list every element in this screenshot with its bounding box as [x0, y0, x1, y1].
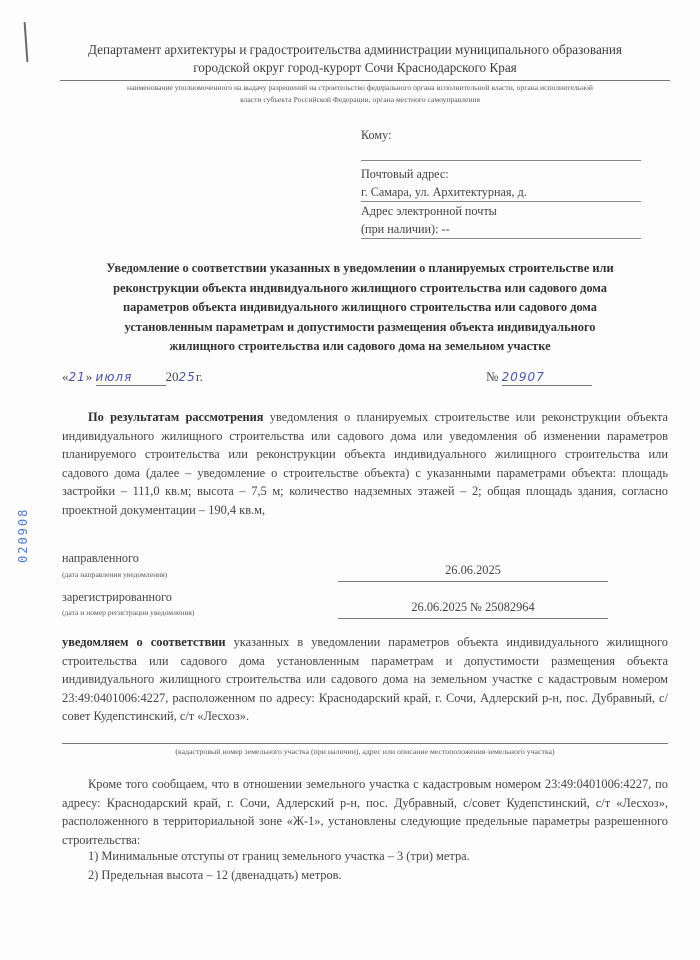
title-line-5: жилищного строительства или садового дом… — [55, 337, 665, 357]
department-caption: наименование уполномоченного на выдачу р… — [50, 82, 670, 106]
department-line-2: городской округ город-курорт Сочи Красно… — [40, 59, 670, 77]
paragraph1-bold-lead: По результатам рассмотрения — [88, 410, 263, 424]
limit-item-height: 2) Предельная высота – 12 (двенадцать) м… — [88, 868, 342, 883]
email-value: (при наличии): -- — [361, 220, 641, 238]
date-month: июля — [96, 370, 133, 384]
department-line-1: Департамент архитектуры и градостроитель… — [40, 41, 670, 59]
field-registered-hint: (дата и номер регистрации уведомления) — [62, 608, 194, 617]
date-year-unit: г. — [196, 369, 203, 384]
field-sent-hint: (дата направления уведомления) — [62, 570, 167, 579]
paragraph2-bold-lead: уведомляем о соответствии — [62, 635, 226, 649]
title-line-1: Уведомление о соответствии указанных в у… — [55, 259, 665, 279]
title-line-4: установленным параметрам и допустимости … — [55, 318, 665, 338]
number-field: 20907 — [502, 369, 592, 386]
paragraph-review-results: По результатам рассмотрения уведомления … — [62, 408, 668, 519]
document-number: № 20907 — [486, 369, 592, 386]
location-caption: (кадастровый номер земельного участка (п… — [62, 747, 668, 756]
document-date: «21» июля2025г. — [62, 369, 203, 386]
email-rule — [361, 238, 641, 239]
field-sent-label: направленного — [62, 551, 139, 566]
postal-label: Почтовый адрес: — [361, 165, 641, 183]
department-header: Департамент архитектуры и градостроитель… — [40, 41, 670, 77]
title-line-3: параметров объекта индивидуального жилищ… — [55, 298, 665, 318]
quote-close: » — [86, 369, 93, 384]
paragraph1-text: уведомления о планируемых строительстве … — [62, 410, 668, 517]
postal-value: г. Самара, ул. Архитектурная, д. — [361, 183, 641, 201]
date-month-field: июля — [96, 369, 166, 386]
document-title: Уведомление о соответствии указанных в у… — [55, 259, 665, 357]
location-rule — [62, 743, 668, 744]
field-registered-label: зарегистрированного — [62, 590, 172, 605]
email-label: Адрес электронной почты — [361, 202, 641, 220]
date-day: 21 — [69, 370, 86, 384]
paragraph-limits: Кроме того сообщаем, что в отношении зем… — [62, 775, 668, 849]
field-sent-value: 26.06.2025 — [338, 563, 608, 582]
department-rule — [60, 80, 670, 81]
recipient-block: Кому: Почтовый адрес: г. Самара, ул. Арх… — [361, 126, 641, 239]
department-caption-line-2: власти субъекта Российской Федерации, ор… — [50, 94, 670, 106]
number-value: 20907 — [502, 370, 545, 384]
department-caption-line-1: наименование уполномоченного на выдачу р… — [50, 82, 670, 94]
to-label: Кому: — [361, 126, 641, 144]
vertical-stamp-number: 020908 — [16, 490, 40, 580]
field-registered-value: 26.06.2025 № 25082964 — [338, 600, 608, 619]
date-year-prefix: 20 — [166, 369, 179, 384]
date-year-suffix: 25 — [179, 370, 196, 384]
paragraph-compliance: уведомляем о соответствии указанных в ув… — [62, 633, 668, 726]
number-sign: № — [486, 369, 498, 384]
limit-item-setback: 1) Минимальные отступы от границ земельн… — [88, 849, 470, 864]
margin-pen-mark — [24, 22, 29, 62]
title-line-2: реконструкции объекта индивидуального жи… — [55, 279, 665, 299]
